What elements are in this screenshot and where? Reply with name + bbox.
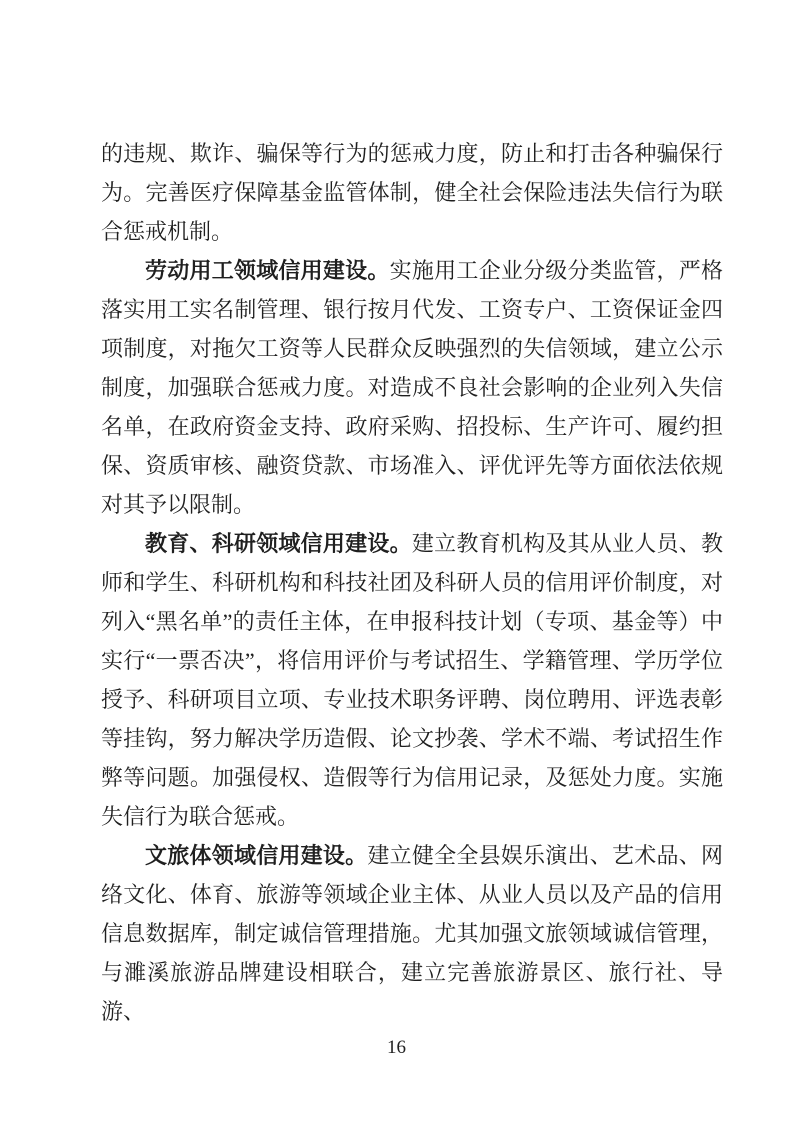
document-body: 的违规、欺诈、骗保等行为的惩戒力度，防止和打击各种骗保行为。完善医疗保障基金监管…	[101, 134, 723, 1031]
paragraph-text: 实施用工企业分级分类监管，严格落实用工实名制管理、银行按月代发、工资专户、工资保…	[101, 258, 723, 517]
paragraph-text: 建立教育机构及其从业人员、教师和学生、科研机构和科技社团及科研人员的信用评价制度…	[101, 531, 723, 829]
paragraph-heading: 劳动用工领域信用建设。	[145, 258, 390, 283]
page-number: 16	[0, 1036, 793, 1060]
paragraph-heading: 文旅体领域信用建设。	[145, 843, 367, 868]
paragraph-heading: 教育、科研领域信用建设。	[145, 531, 412, 556]
paragraph-culture-tourism-sports-credit: 文旅体领域信用建设。建立健全全县娱乐演出、艺术品、网络文化、体育、旅游等领域企业…	[101, 836, 723, 1031]
paragraph-text: 的违规、欺诈、骗保等行为的惩戒力度，防止和打击各种骗保行为。完善医疗保障基金监管…	[101, 141, 723, 244]
paragraph-text: 建立健全全县娱乐演出、艺术品、网络文化、体育、旅游等领域企业主体、从业人员以及产…	[101, 843, 723, 1024]
document-page: 的违规、欺诈、骗保等行为的惩戒力度，防止和打击各种骗保行为。完善医疗保障基金监管…	[0, 0, 793, 1122]
paragraph-labor-credit: 劳动用工领域信用建设。实施用工企业分级分类监管，严格落实用工实名制管理、银行按月…	[101, 251, 723, 524]
paragraph-education-research-credit: 教育、科研领域信用建设。建立教育机构及其从业人员、教师和学生、科研机构和科技社团…	[101, 524, 723, 836]
paragraph-medical-insurance-continuation: 的违规、欺诈、骗保等行为的惩戒力度，防止和打击各种骗保行为。完善医疗保障基金监管…	[101, 134, 723, 251]
